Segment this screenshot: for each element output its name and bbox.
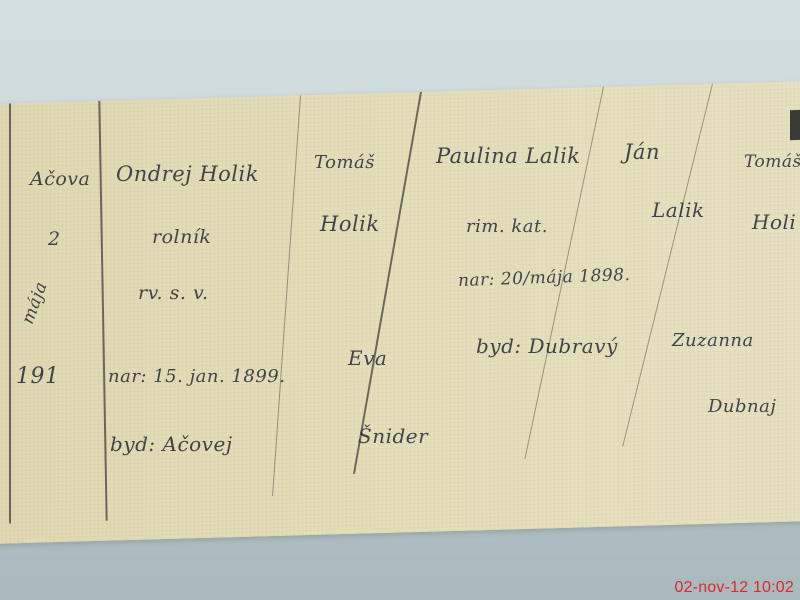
camera-timestamp: 02-nov-12 10:02	[674, 579, 794, 597]
column-rule	[98, 101, 107, 521]
handwritten-text: Šnider	[358, 424, 428, 448]
handwritten-text: Ján	[624, 140, 660, 164]
column-rule	[9, 103, 11, 523]
handwritten-text: byd: Dubravý	[476, 334, 618, 358]
handwritten-text: Holi	[752, 210, 796, 234]
handwritten-text: nar: 15. jan. 1899.	[108, 366, 285, 387]
handwritten-text: Eva	[348, 346, 387, 370]
handwritten-text: rolník	[152, 226, 211, 248]
handwritten-text: Paulina Lalik	[436, 144, 581, 168]
handwritten-text: Holik	[320, 212, 380, 236]
handwritten-text: rim. kat.	[466, 216, 548, 237]
handwritten-text: Dubnaj	[708, 396, 776, 417]
register-page	[0, 81, 800, 544]
handwritten-text: Tomáš	[744, 152, 800, 172]
handwritten-text: Ondrej Holik	[116, 162, 259, 186]
column-rule	[272, 95, 301, 496]
handwritten-text: Tomáš	[314, 152, 375, 173]
handwritten-text: rv. s. v.	[138, 282, 209, 304]
handwritten-text: 2	[48, 228, 61, 250]
page-edge	[790, 110, 800, 140]
column-rule	[622, 84, 713, 447]
column-rule	[353, 92, 422, 474]
handwritten-text: Lalik	[652, 198, 705, 222]
handwritten-text: 191	[16, 364, 60, 389]
handwritten-text: Zuzanna	[672, 330, 754, 351]
handwritten-text: byd: Ačovej	[110, 432, 233, 456]
handwritten-text: Ačova	[30, 168, 90, 190]
